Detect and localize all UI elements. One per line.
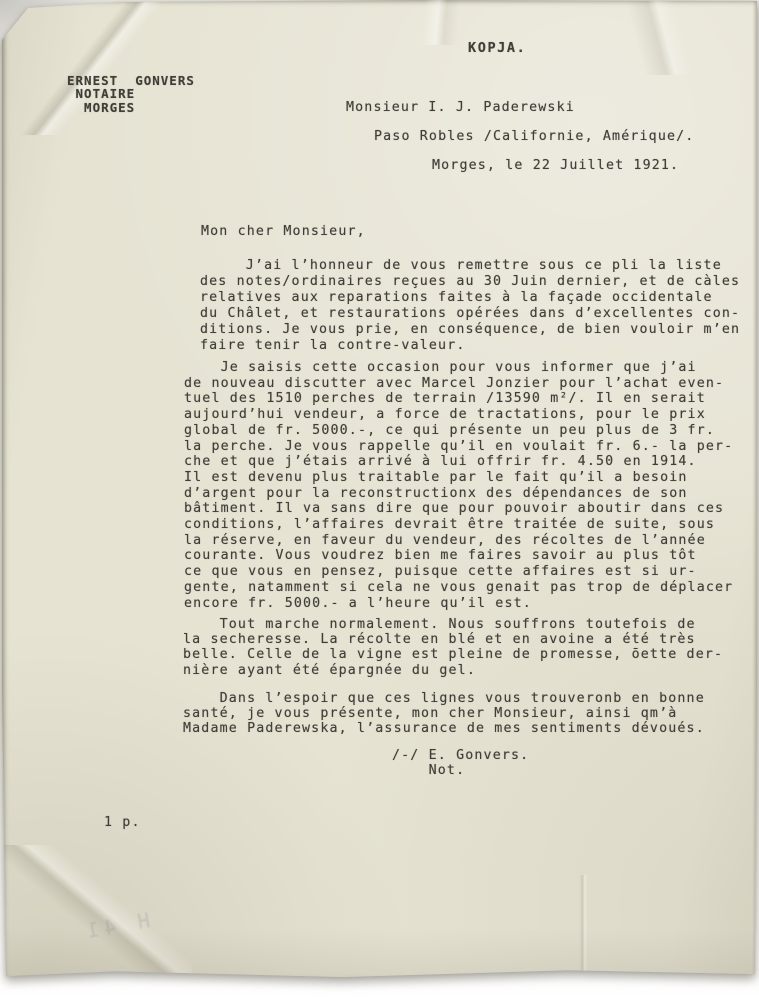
salutation: Mon cher Monsieur, [201, 224, 366, 240]
sender-letterhead: ERNEST GONVERS NOTAIRE MORGES [67, 74, 195, 114]
body-paragraph-3: Tout marche normalement. Nous souffrons … [183, 617, 723, 678]
body-paragraph-4: Dans l’espoir que ces lignes vous trouve… [183, 691, 705, 736]
crease-bottom-left [2, 845, 192, 975]
recipient-name: Monsieur I. J. Paderewski [346, 100, 575, 116]
letter-page: KOPJA. ERNEST GONVERS NOTAIRE MORGES Mon… [0, 0, 759, 1000]
copy-label: KOPJA. [468, 40, 526, 56]
dateline: Morges, le 22 Juillet 1921. [432, 158, 679, 174]
body-paragraph-1: J’ai l’honneur de vous remettre sous ce … [200, 258, 740, 355]
crease-top-right [557, 0, 757, 75]
page-count-note: 1 p. [104, 815, 141, 831]
crease-top-center [302, 0, 572, 45]
paper-sheet: KOPJA. ERNEST GONVERS NOTAIRE MORGES Mon… [2, 0, 757, 982]
pencil-mark: H 41 [81, 912, 151, 940]
crease-bottom-vertical [574, 875, 592, 975]
body-paragraph-2: Je saisis cette occasion pour vous infor… [184, 360, 733, 611]
recipient-address: Paso Robles /Californie, Amérique/. [374, 129, 694, 145]
signature-block: /-/ E. Gonvers. Not. [392, 748, 529, 778]
scan-background: KOPJA. ERNEST GONVERS NOTAIRE MORGES Mon… [0, 0, 759, 1000]
